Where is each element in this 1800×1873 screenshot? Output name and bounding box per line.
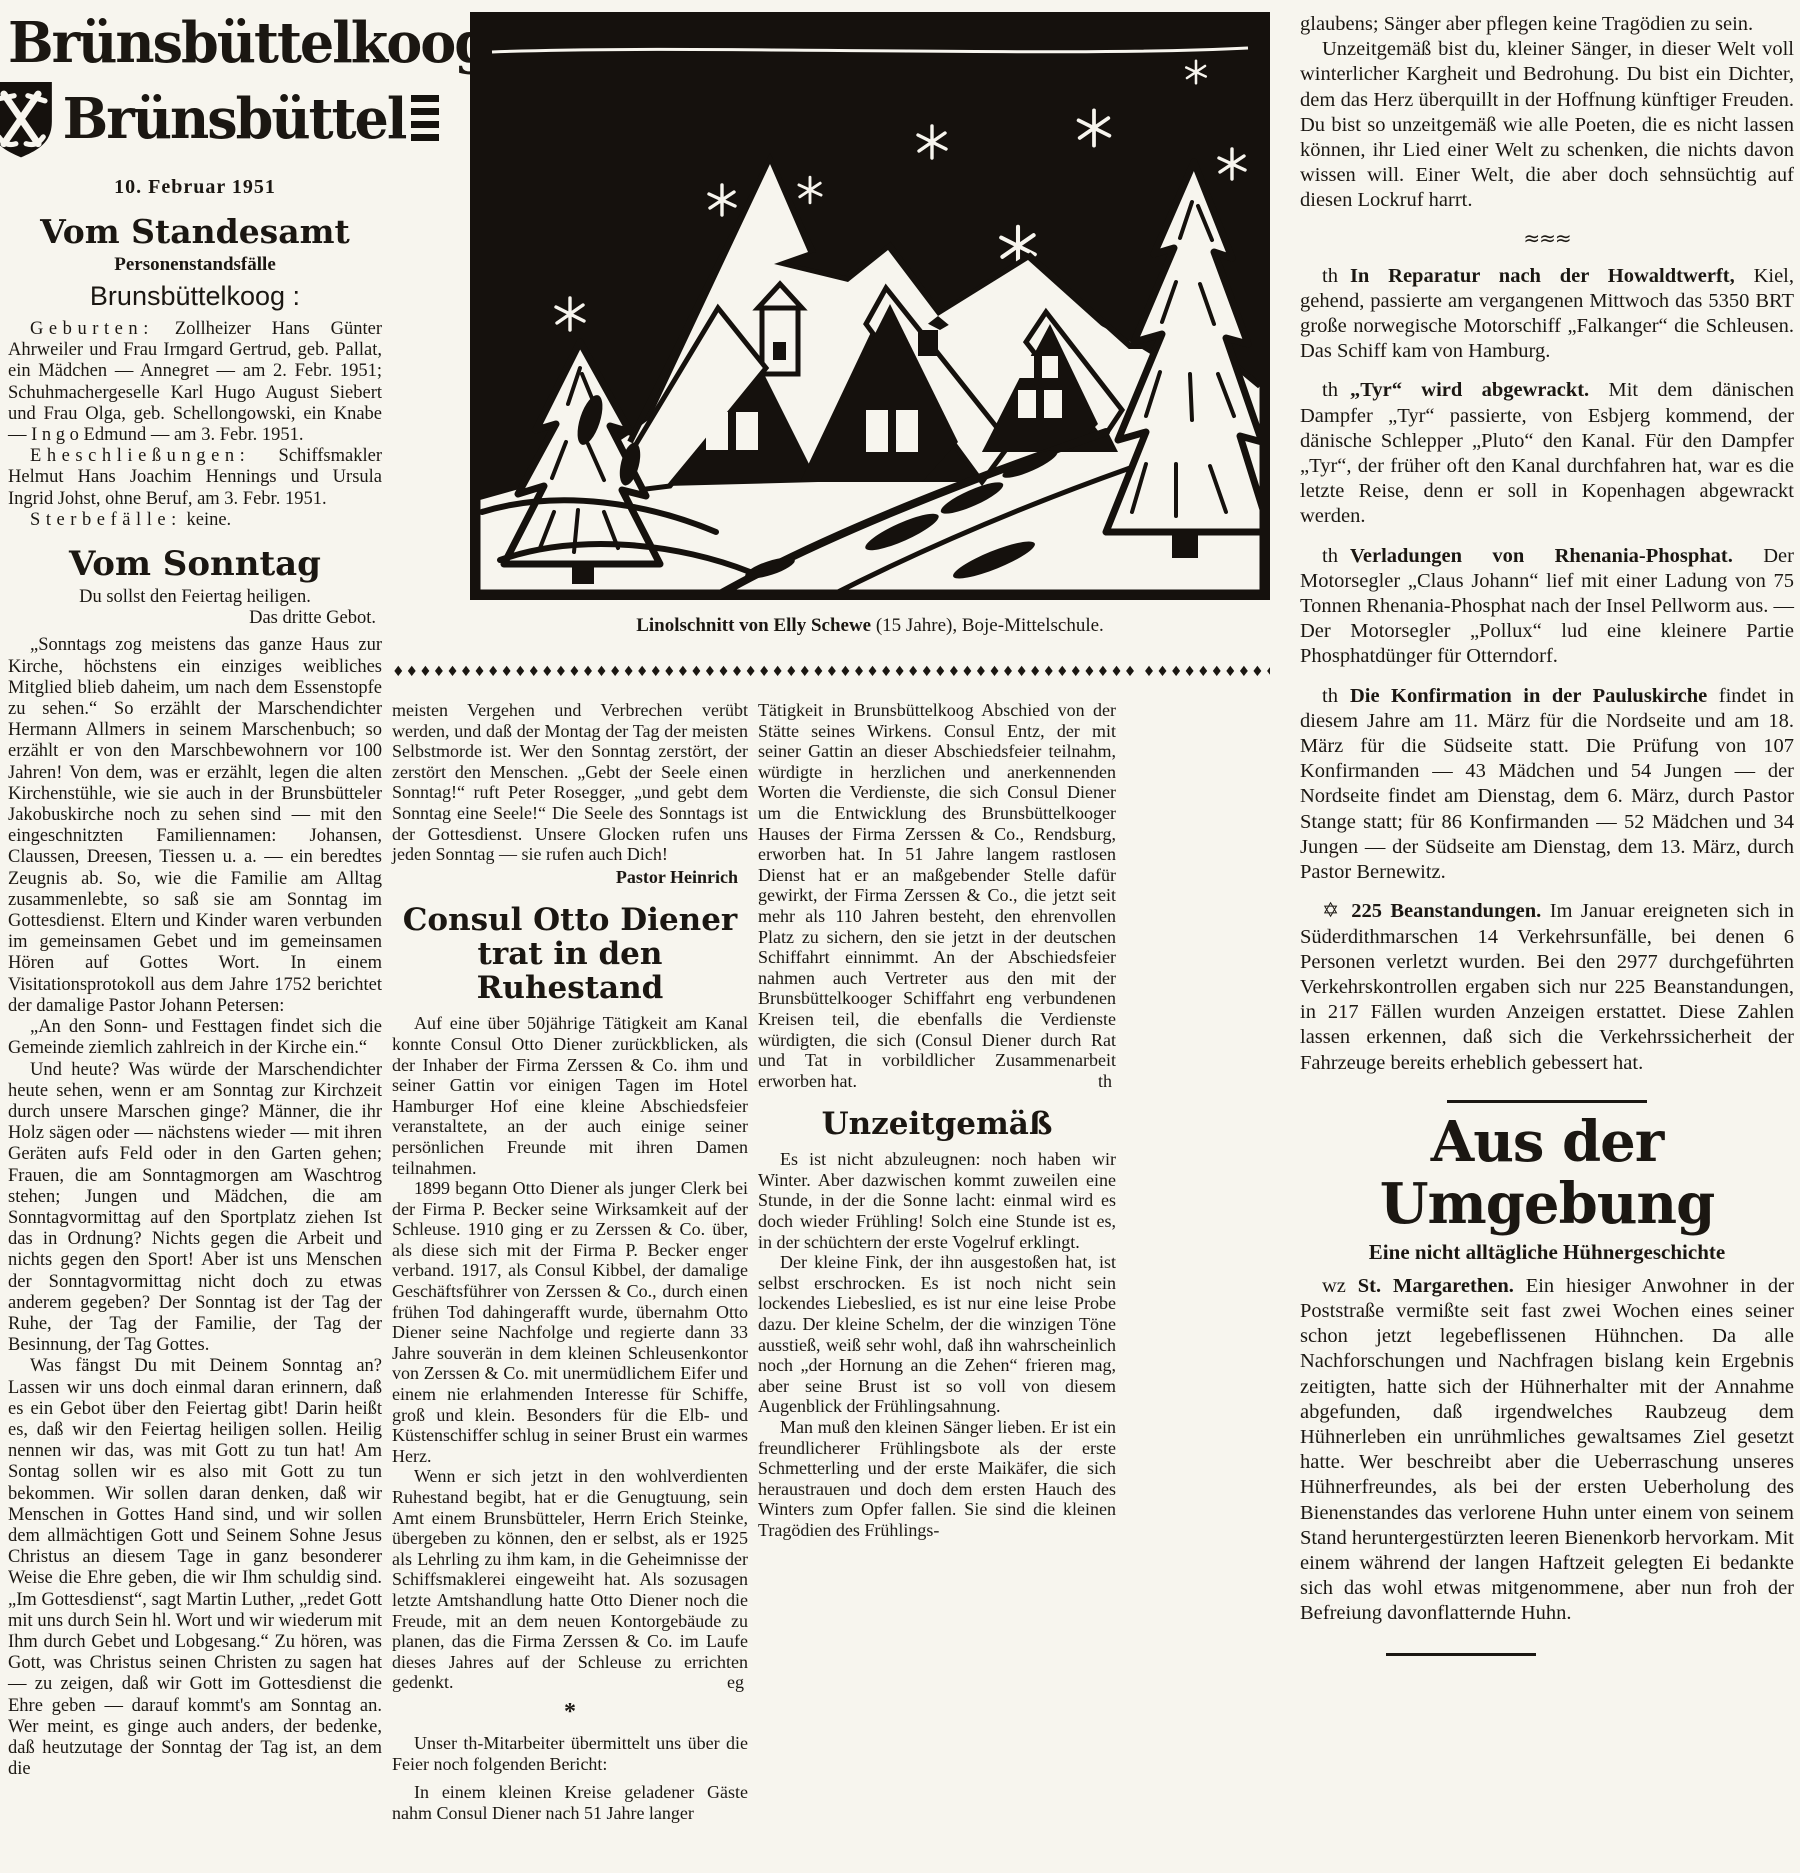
news-item-text: findet in diesem Jahre am 11. März für d… [1300,685,1794,883]
news-item-lead: In Reparatur nach der Howaldtwerft, [1350,265,1735,287]
unzeitgemaess-paragraph-2: Der kleine Fink, der ihn ausgestoßen hat… [758,1252,1116,1417]
news-item-lead: „Tyr“ wird abgewrackt. [1350,379,1589,401]
image-caption-detail: (15 Jahre), Boje-Mittelschule. [871,615,1104,636]
image-caption-credit: Linolschnitt von Elly Schewe [636,615,871,636]
issue-date: 10. Februar 1951 [8,176,382,199]
news-briefs: thIn Reparatur nach der Howaldtwerft, Ki… [1300,264,1794,1076]
para-sterbefaelle: Sterbefälle: keine. [8,510,382,531]
diener-paragraph-5: In einem kleinen Kreise geladener Gäste … [392,1782,748,1823]
linocut-illustration [470,12,1270,600]
article-consul-diener: Consul Otto Diener trat in den Ruhestand… [392,903,748,1823]
column-3: Tätigkeit in Brunsbüttelkoog Abschied vo… [758,700,1116,1541]
news-item-marker: th [1322,685,1338,707]
sonntag-paragraph-2: „An den Sonn- und Festtagen findet sich … [8,1017,382,1059]
news-item-lead: Die Konfirmation in der Pauluskirche [1350,685,1707,707]
heading-consul-diener-line1: Consul Otto Diener [392,903,748,937]
heading-consul-diener-line2: trat in den Ruhestand [392,937,748,1005]
diener-paragraph-1: Auf eine über 50jährige Tätigkeit am Kan… [392,1013,748,1178]
news-item-marker: th [1322,379,1338,401]
diener-paragraph-3-text: Wenn er sich jetzt in den wohlverdienten… [392,1466,748,1692]
unzeitgemaess-paragraph-1: Es ist nicht abzuleugnen: noch haben wir… [758,1149,1116,1252]
news-item-rhenania: thVerladungen von Rhenania-Phosphat. Der… [1300,544,1794,670]
news-item-howaldtwerft: thIn Reparatur nach der Howaldtwerft, Ki… [1300,264,1794,365]
masthead: Brünsbüttelkoog Brünsbüttel 10. Februar … [8,14,382,199]
diener-paragraph-4: Unser th-Mitarbeiter übermittelt uns übe… [392,1733,748,1774]
asterisk-ornament: * [392,1699,748,1725]
subhead-huehnergeschichte: Eine nicht alltägliche Hühnergeschichte [1300,1239,1794,1266]
unzeitgemaess-paragraph-4: glaubens; Sänger aber pflegen keine Trag… [1300,12,1794,37]
umgebung-marker: wz [1322,1275,1346,1297]
text-sterbefaelle: keine. [182,510,231,530]
sonntag-paragraph-1: „Sonntags zog meistens das ganze Haus zu… [8,635,382,1017]
masthead-ribbon-right [411,95,439,141]
sonntag-motto: Du sollst den Feiertag heiligen. [8,587,382,608]
section-rule [1447,1100,1647,1103]
news-item-beanstandungen: ✡225 Beanstandungen. Im Januar ereignete… [1300,899,1794,1075]
news-item-text: Mit dem dänischen Dampfer „Tyr“ passiert… [1300,379,1794,527]
diener-paragraph-2: 1899 begann Otto Diener als junger Clerk… [392,1178,748,1466]
label-eheschliessungen: Eheschließungen: [30,446,250,466]
masthead-title-line2-row: Brünsbüttel [8,76,382,160]
heading-unzeitgemaess: Unzeitgemäß [758,1107,1116,1141]
news-item-text: Im Januar ereigneten sich in Süderdithma… [1300,900,1794,1073]
heading-consul-diener: Consul Otto Diener trat in den Ruhestand [392,903,748,1005]
end-rule [1386,1653,1536,1656]
sonntag-paragraph-3: Und heute? Was würde der Marschendichter… [8,1060,382,1357]
article-aus-der-umgebung: Aus der Umgebung Eine nicht alltägliche … [1300,1111,1794,1627]
subhead-personenstandsfaelle: Personenstandsfälle [8,253,382,277]
masthead-title-line1: Brünsbüttelkoog [8,13,382,71]
anchor-crest-icon [0,76,57,160]
squiggle-divider: ≈≈≈ [1300,226,1794,250]
article-unzeitgemaess: Unzeitgemäß Es ist nicht abzuleugnen: no… [758,1107,1116,1540]
diener-paragraph-6-text: Tätigkeit in Brunsbüttelkoog Abschied vo… [758,700,1116,1091]
column-1: Brünsbüttelkoog Brünsbüttel 10. Februar … [8,14,382,1780]
para-geburten: Geburten: Zollheizer Hans Günter Ahrweil… [8,319,382,446]
image-caption: Linolschnitt von Elly Schewe (15 Jahre),… [470,615,1270,637]
label-sterbefaelle: Sterbefälle: [30,510,182,530]
newspaper-page: Brünsbüttelkoog Brünsbüttel 10. Februar … [0,0,1800,1873]
sonntag-motto-source: Das dritte Gebot. [8,608,382,629]
umgebung-story: wz St. Margarethen. Ein hiesiger Anwohne… [1300,1274,1794,1627]
news-item-konfirmation: thDie Konfirmation in der Pauluskirche f… [1300,684,1794,886]
column-4: glaubens; Sänger aber pflegen keine Trag… [1300,12,1794,1656]
sonntag-signature: Pastor Heinrich [392,867,748,888]
unzeitgemaess-paragraph-3: Man muß den kleinen Sänger lieben. Er is… [758,1417,1116,1541]
diener-paragraph-3: Wenn er sich jetzt in den wohlverdienten… [392,1466,748,1693]
umgebung-text: Ein hiesiger Anwohner in der Poststraße … [1300,1275,1794,1625]
masthead-title-line2: Brünsbüttel [63,89,406,147]
sonntag-paragraph-5: meisten Vergehen und Verbrechen verübt w… [392,700,748,865]
diener-author-initials: eg [705,1672,748,1693]
heading-standesamt: Vom Standesamt [8,213,382,251]
label-geburten: Geburten: [30,319,154,339]
umgebung-dateline: St. Margarethen. [1358,1275,1514,1297]
para-eheschliessungen: Eheschließungen: Schiffsmakler Helmut Ha… [8,446,382,510]
linocut-block: Linolschnitt von Elly Schewe (15 Jahre),… [470,12,1270,637]
heading-vom-sonntag: Vom Sonntag [8,545,382,583]
article-standesamt: Vom Standesamt Personenstandsfälle Bruns… [8,213,382,531]
news-item-lead: 225 Beanstandungen. [1351,900,1541,922]
news-item-tyr: th„Tyr“ wird abgewrackt. Mit dem dänisch… [1300,378,1794,529]
place-brunsbuettelkoog: Brunsbüttelkoog : [8,279,382,313]
news-item-lead: Verladungen von Rhenania-Phosphat. [1350,545,1733,567]
diener-reporter-initials: th [1098,1071,1116,1092]
diamond-divider: ♦♦♦♦♦♦♦♦♦♦♦♦♦♦♦♦♦♦♦♦♦♦♦♦♦♦♦♦♦♦♦♦♦♦♦♦♦♦♦♦… [392,664,1270,680]
unzeitgemaess-paragraph-5: Unzeitgemäß bist du, kleiner Sänger, in … [1300,37,1794,213]
star-of-david-ornament: ✡ [1322,900,1339,922]
heading-aus-der-umgebung: Aus der Umgebung [1300,1111,1794,1235]
column-2: meisten Vergehen und Verbrechen verübt w… [392,700,748,1823]
news-item-marker: th [1322,265,1338,287]
diener-paragraph-6: Tätigkeit in Brunsbüttelkoog Abschied vo… [758,700,1116,1091]
sonntag-paragraph-4: Was fängst Du mit Deinem Sonntag an? Las… [8,1356,382,1780]
news-item-marker: th [1322,545,1338,567]
article-vom-sonntag: Vom Sonntag Du sollst den Feiertag heili… [8,545,382,1780]
